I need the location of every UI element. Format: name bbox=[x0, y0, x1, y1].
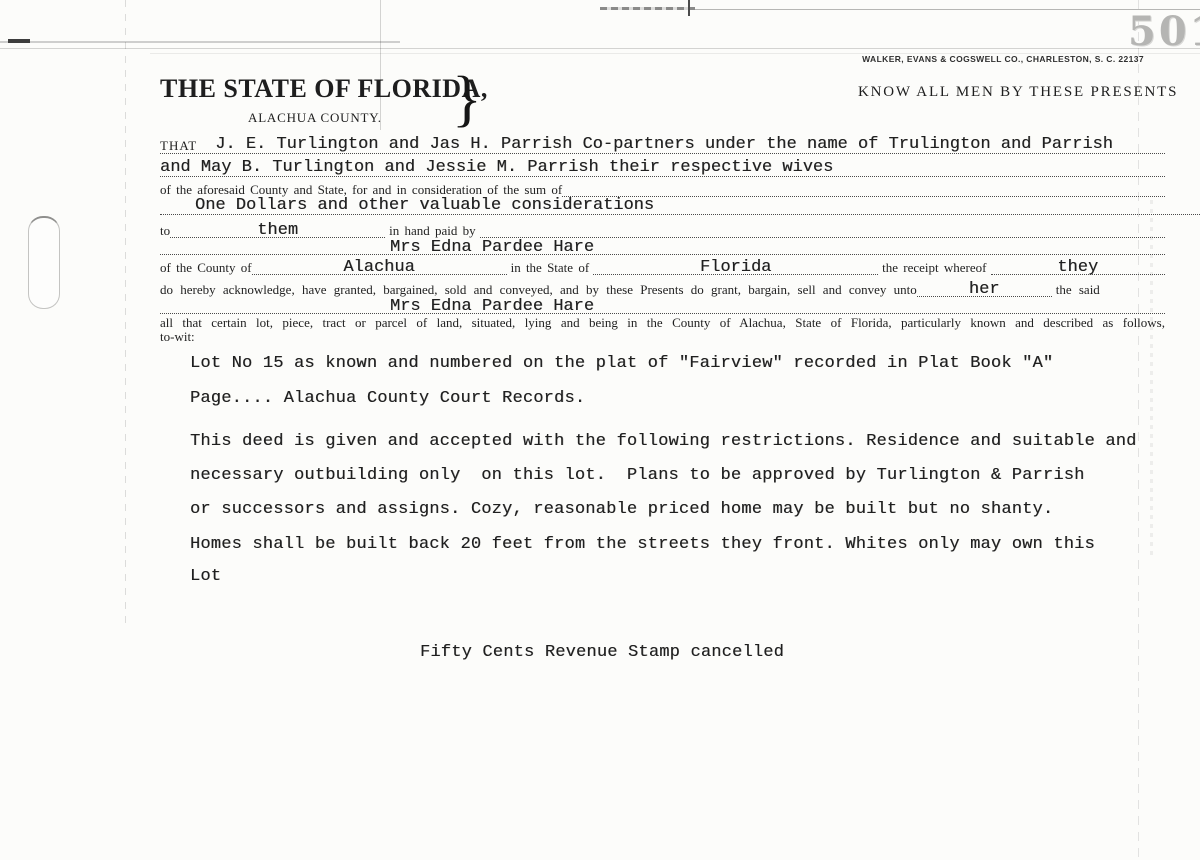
typed-body-line: Lot No 15 as known and numbered on the p… bbox=[190, 354, 1053, 374]
grantee-name-value: Mrs Edna Pardee Hare bbox=[390, 298, 594, 315]
state-of-value: Florida bbox=[700, 259, 771, 276]
to-wit-label: to-wit: bbox=[160, 330, 1165, 344]
punch-hole bbox=[28, 216, 60, 309]
scan-artifact-top-scratch bbox=[600, 7, 695, 10]
to-value: them bbox=[257, 222, 298, 239]
payer-name-row: Mrs Edna Pardee Hare bbox=[160, 239, 1165, 255]
grantors-line-2: and May B. Turlington and Jessie M. Parr… bbox=[160, 159, 833, 176]
receipt-whereof-value: they bbox=[1057, 259, 1098, 276]
revenue-stamp-note: Fifty Cents Revenue Stamp cancelled bbox=[420, 643, 784, 662]
consideration-intro-label: of the aforesaid County and State, for a… bbox=[160, 183, 562, 197]
typed-body-line: Homes shall be built back 20 feet from t… bbox=[190, 535, 1095, 555]
to-value-fill: them bbox=[170, 222, 385, 238]
property-description-row: all that certain lot, piece, tract or pa… bbox=[160, 315, 1165, 344]
paid-by-row: to them in hand paid by bbox=[160, 220, 1165, 238]
scan-artifact-tick bbox=[688, 0, 690, 16]
grantors-row-1: THAT J. E. Turlington and Jas H. Parrish… bbox=[160, 133, 1165, 154]
payer-name-value: Mrs Edna Pardee Hare bbox=[390, 239, 594, 256]
county-of-value: Alachua bbox=[343, 259, 414, 276]
county-state-row: of the County of Alachua in the State of… bbox=[160, 258, 1165, 275]
acknowledge-row: do hereby acknowledge, have granted, bar… bbox=[160, 280, 1165, 297]
consideration-amount-row: One Dollars and other valuable considera… bbox=[160, 198, 1200, 215]
grantors-row-2: and May B. Turlington and Jessie M. Parr… bbox=[160, 156, 1165, 177]
grantors-line-1: J. E. Turlington and Jas H. Parrish Co-p… bbox=[215, 136, 1113, 153]
county-subtitle: ALACHUA COUNTY. bbox=[248, 110, 382, 126]
know-all-men-heading: KNOW ALL MEN BY THESE PRESENTS bbox=[858, 84, 1178, 101]
scan-artifact-dash bbox=[8, 39, 30, 43]
page-number-stamp: 501 bbox=[1128, 8, 1200, 55]
printer-credit: WALKER, EVANS & COGSWELL CO., CHARLESTON… bbox=[862, 54, 1144, 64]
receipt-whereof-fill: they bbox=[991, 259, 1166, 275]
unto-value: her bbox=[969, 281, 1000, 298]
that-label: THAT bbox=[160, 139, 197, 153]
typed-body-line: This deed is given and accepted with the… bbox=[190, 432, 1137, 452]
unto-fill: her bbox=[917, 281, 1052, 297]
scan-artifact-edge-line bbox=[1138, 0, 1139, 860]
brace-glyph: } bbox=[452, 68, 482, 130]
consideration-amount-value: One Dollars and other valuable considera… bbox=[195, 197, 654, 214]
typed-body-line: or successors and assigns. Cozy, reasona… bbox=[190, 500, 1053, 520]
scan-artifact-top-line bbox=[695, 9, 1200, 10]
typed-body-line: Lot bbox=[190, 567, 221, 587]
scan-artifact-fold-line bbox=[125, 0, 126, 625]
scan-artifact-hline bbox=[0, 48, 1200, 49]
paid-by-label: in hand paid by bbox=[389, 224, 476, 238]
typed-body-line: necessary outbuilding only on this lot. … bbox=[190, 466, 1085, 486]
state-title: THE STATE OF FLORIDA, bbox=[160, 74, 488, 104]
the-said-label: the said bbox=[1056, 283, 1100, 297]
state-of-fill: Florida bbox=[593, 259, 878, 275]
receipt-whereof-label: the receipt whereof bbox=[882, 261, 986, 275]
acknowledge-text: do hereby acknowledge, have granted, bar… bbox=[160, 283, 917, 297]
county-of-fill: Alachua bbox=[252, 259, 507, 275]
typed-body-line: Page.... Alachua County Court Records. bbox=[190, 389, 585, 409]
deed-document-page: 501 WALKER, EVANS & COGSWELL CO., CHARLE… bbox=[0, 0, 1200, 860]
county-of-label: of the County of bbox=[160, 261, 252, 275]
consideration-intro-row: of the aforesaid County and State, for a… bbox=[160, 180, 1165, 197]
state-of-label: in the State of bbox=[511, 261, 590, 275]
scan-artifact-hline bbox=[0, 41, 400, 43]
description-intro: all that certain lot, piece, tract or pa… bbox=[160, 315, 1165, 330]
grantee-name-row: Mrs Edna Pardee Hare bbox=[160, 299, 1165, 314]
to-label: to bbox=[160, 224, 170, 238]
